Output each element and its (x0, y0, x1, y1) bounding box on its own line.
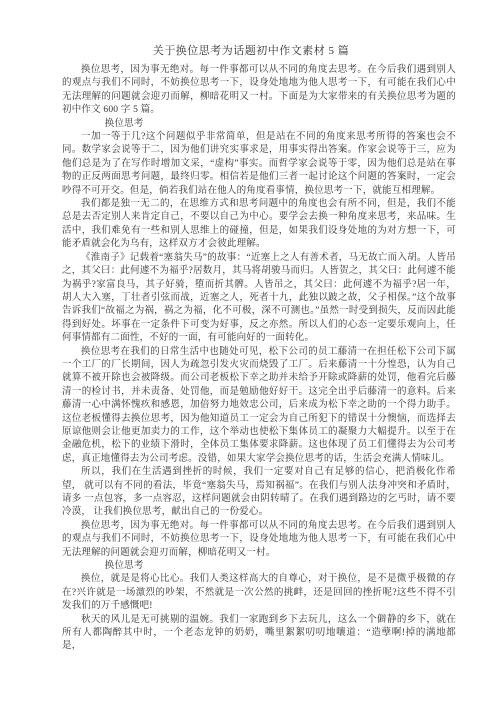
paragraph: 所以，我们在生活遇到挫折的时候，我们一定要对自己有足够的信心，把消极化作希望， … (62, 466, 456, 520)
section-heading: 换位思考 (62, 118, 456, 131)
section-heading: 换位思考 (62, 560, 456, 573)
document-page: 关于换位思考为话题初中作文素材 5 篇 换位思考，因为事无绝对。每一件事都可以从… (0, 0, 500, 707)
paragraph: 换位思考在我们的日常生活中也随处可见，松下公司的员工藤清一在担任松下公司下属 一… (62, 346, 456, 467)
paragraph: 一加一等于几?这个问题似乎非常简单，但是站在不同的角度来思考所得的答案也会不同。… (62, 131, 456, 198)
paragraph: 换位思考，因为事无绝对。每一件事都可以从不同的角度去思考。在今后我们遇到别人的观… (62, 64, 456, 118)
doc-title: 关于换位思考为话题初中作文素材 5 篇 (46, 44, 456, 58)
paragraph: 换位，就是是将心比心。我们人类这样高大的自尊心，对于换位，是不是微乎极微的存在?… (62, 573, 456, 613)
paragraph: 秋天的风儿是无可挑剔的温婉。我们一家跑到乡下去玩儿，这么一个僻静的乡下，就在 所… (62, 614, 456, 654)
paragraph: 《淮南子》记载着“塞翁失马”的故事：“近塞上之人有善术者，马无故亡而入胡。人皆吊… (62, 252, 456, 346)
paragraph: 我们都是独一无二的，在思维方式和思考问题中的角度也会有所不同，但是，我们不能 总… (62, 198, 456, 252)
paragraph: 换位思考，因为事无绝对。每一件事都可以从不同的角度去思考。在今后我们遇到别人的观… (62, 520, 456, 560)
